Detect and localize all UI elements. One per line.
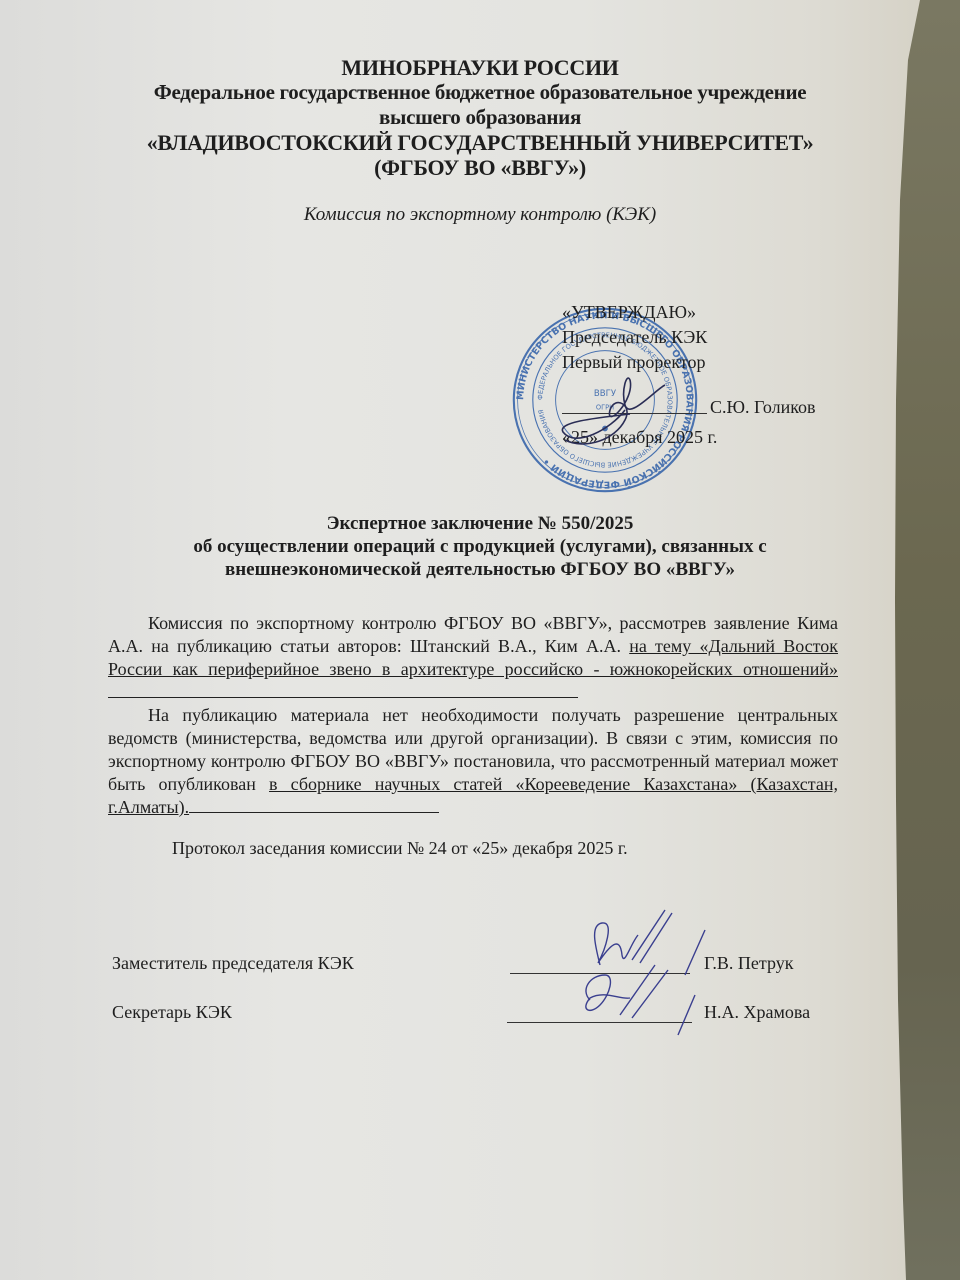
institution-type-line-1: Федеральное государственное бюджетное об… xyxy=(100,80,860,105)
underline-filler xyxy=(189,811,439,813)
paragraph-application: Комиссия по экспортному контролю ФГБОУ В… xyxy=(108,612,838,704)
document-header: МИНОБРНАУКИ РОССИИ Федеральное государст… xyxy=(100,55,860,226)
approval-heading: «УТВЕРЖДАЮ» xyxy=(562,300,717,325)
approval-signer-name: С.Ю. Голиков xyxy=(710,395,816,420)
university-name: «ВЛАДИВОСТОКСКИЙ ГОСУДАРСТВЕННЫЙ УНИВЕРС… xyxy=(100,130,860,155)
commission-name: Комиссия по экспортному контролю (КЭК) xyxy=(100,204,860,226)
signer-role: Заместитель председателя КЭК xyxy=(112,953,354,974)
paragraph-decision: На публикацию материала нет необходимост… xyxy=(108,704,838,819)
approval-signature-row: С.Ю. Голиков xyxy=(562,375,717,425)
conclusion-subject-line-2: внешнеэкономической деятельностью ФГБОУ … xyxy=(110,558,850,581)
approval-date: «25» декабря 2025 г. xyxy=(562,425,717,450)
ministry-name: МИНОБРНАУКИ РОССИИ xyxy=(100,55,860,80)
conclusion-number: Экспертное заключение № 550/2025 xyxy=(110,512,850,535)
approval-signature-line xyxy=(562,413,707,414)
underline-filler xyxy=(108,696,578,698)
document: МИНОБРНАУКИ РОССИИ Федеральное государст… xyxy=(0,0,960,1280)
signer-name: Г.В. Петрук xyxy=(704,953,793,974)
institution-type-line-2: высшего образования xyxy=(100,105,860,130)
signature-line xyxy=(510,973,690,974)
approval-role-chair: Председатель КЭК xyxy=(562,325,717,350)
protocol-reference: Протокол заседания комиссии № 24 от «25»… xyxy=(172,838,628,859)
conclusion-body: Комиссия по экспортному контролю ФГБОУ В… xyxy=(108,612,838,819)
university-abbreviation: (ФГБОУ ВО «ВВГУ») xyxy=(100,155,860,180)
photo-scene: МИНОБРНАУКИ РОССИИ Федеральное государст… xyxy=(0,0,960,1280)
signer-role: Секретарь КЭК xyxy=(112,1002,232,1023)
conclusion-subject-line-1: об осуществлении операций с продукцией (… xyxy=(110,535,850,558)
conclusion-title: Экспертное заключение № 550/2025 об осущ… xyxy=(110,512,850,581)
secretary-signature-icon xyxy=(560,960,710,1040)
approval-role-vice-rector: Первый проректор xyxy=(562,350,717,375)
signer-name: Н.А. Храмова xyxy=(704,1002,810,1023)
signature-line xyxy=(507,1022,692,1023)
approval-block: «УТВЕРЖДАЮ» Председатель КЭК Первый прор… xyxy=(562,300,717,450)
